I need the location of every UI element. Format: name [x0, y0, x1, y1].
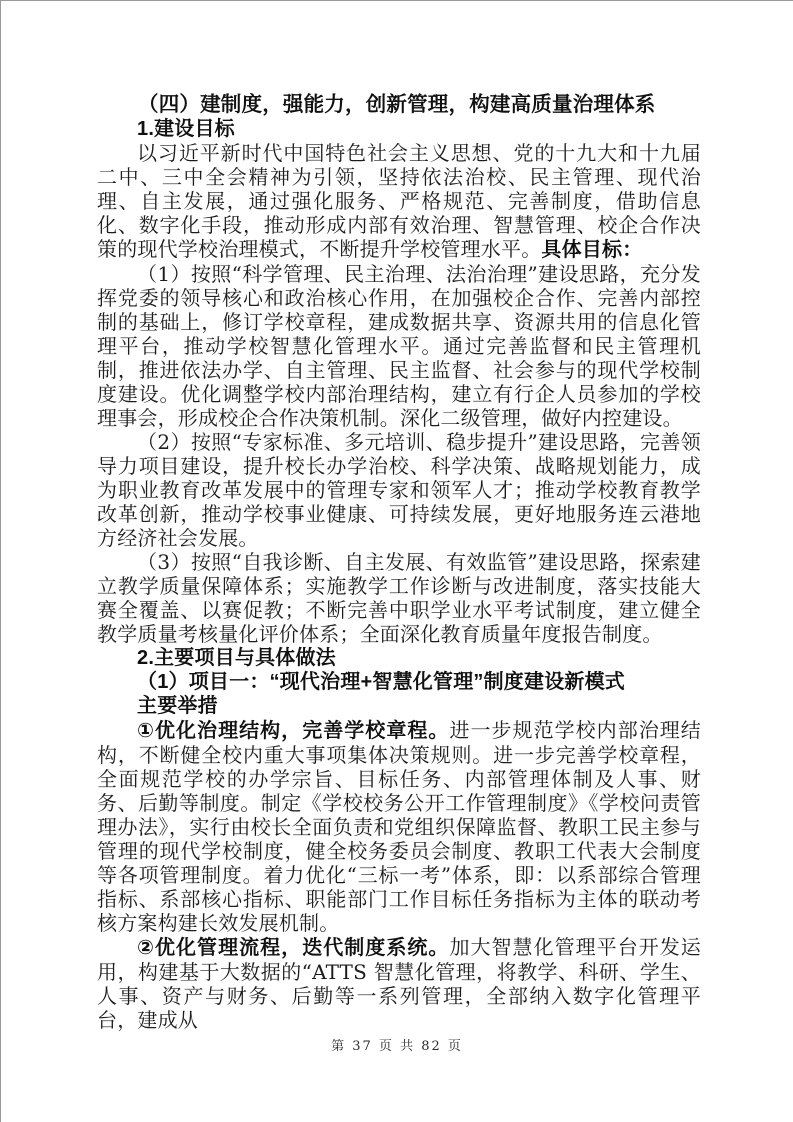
- bold-lead-text: 具体目标：: [541, 239, 642, 261]
- paragraph-text: （3）按照“自我诊断、自主发展、有效监管”建设思路，探索建立教学质量保障体系；实…: [97, 550, 701, 646]
- page-number-label: 第 37 页 共 82 页: [331, 1039, 463, 1054]
- body-paragraph: （1）按照“科学管理、民主治理、法治治理”建设思路，充分发挥党委的领导核心和政治…: [97, 262, 701, 430]
- section-heading: （1）项目一：“现代治理+智慧化管理”制度建设新模式: [97, 670, 701, 694]
- body-paragraph: 以习近平新时代中国特色社会主义思想、党的十九大和十九届二中、三中全会精神为引领，…: [97, 141, 701, 262]
- page-footer: 第 37 页 共 82 页: [1, 1039, 793, 1055]
- body-paragraph: ②优化管理流程，迭代制度系统。加大智慧化管理平台开发运用，构建基于大数据的“AT…: [97, 935, 701, 1032]
- section-heading: 主要举措: [97, 694, 701, 718]
- document-page: （四）建制度，强能力，创新管理，构建高质量治理体系1.建设目标以习近平新时代中国…: [0, 0, 793, 1122]
- paragraph-text: （1）按照“科学管理、民主治理、法治治理”建设思路，充分发挥党委的领导核心和政治…: [97, 262, 701, 430]
- paragraph-text: 进一步规范学校内部治理结构，不断健全校内重大事项集体决策规则。进一步完善学校章程…: [97, 718, 701, 935]
- body-paragraph: ①优化治理结构，完善学校章程。进一步规范学校内部治理结构，不断健全校内重大事项集…: [97, 718, 701, 935]
- document-content: （四）建制度，强能力，创新管理，构建高质量治理体系1.建设目标以习近平新时代中国…: [97, 93, 701, 1032]
- section-heading: 1.建设目标: [97, 117, 701, 141]
- paragraph-text: （2）按照“专家标准、多元培训、稳步提升”建设思路，完善领导力项目建设，提升校长…: [97, 430, 701, 550]
- bold-lead-text: ①优化治理结构，完善学校章程。: [137, 720, 449, 742]
- bold-lead-text: ②优化管理流程，迭代制度系统。: [137, 937, 449, 959]
- document-title: （四）建制度，强能力，创新管理，构建高质量治理体系: [97, 93, 701, 117]
- body-paragraph: （3）按照“自我诊断、自主发展、有效监管”建设思路，探索建立教学质量保障体系；实…: [97, 550, 701, 646]
- section-heading: 2.主要项目与具体做法: [97, 646, 701, 670]
- body-paragraph: （2）按照“专家标准、多元培训、稳步提升”建设思路，完善领导力项目建设，提升校长…: [97, 430, 701, 550]
